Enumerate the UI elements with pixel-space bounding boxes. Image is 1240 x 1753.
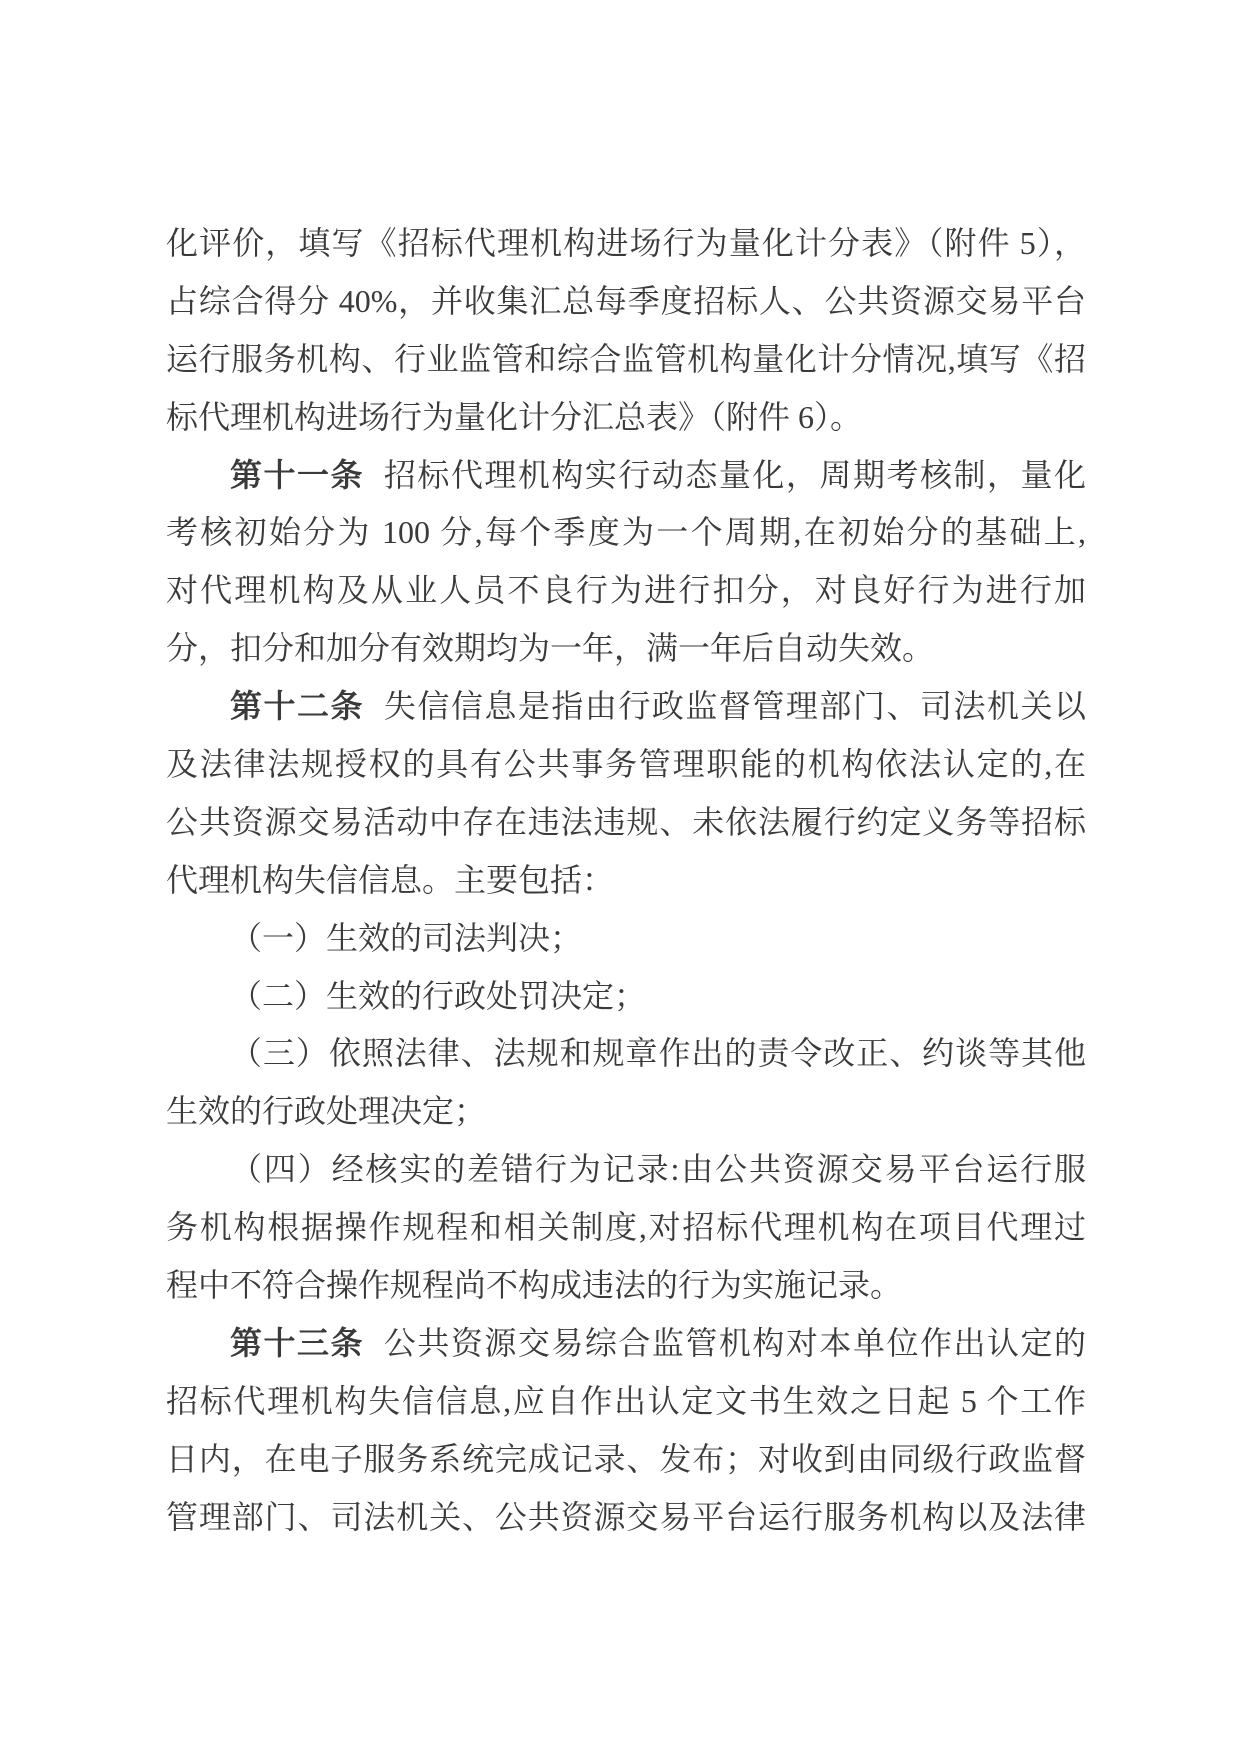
text-line: （三）依照法律、法规和规章作出的责令改正、约谈等其他 xyxy=(166,1025,1086,1083)
line-text: 管理部门、司法机关、公共资源交易平台运行服务机构以及法律 xyxy=(166,1499,1086,1535)
text-line: 标代理机构进场行为量化计分汇总表》（附件 6）。 xyxy=(166,389,1086,447)
text-line: 第十二条失信信息是指由行政监督管理部门、司法机关以 xyxy=(166,678,1086,736)
text-line: 程中不符合操作规程尚不构成违法的行为实施记录。 xyxy=(166,1257,1086,1315)
text-line: 日内，在电子服务系统完成记录、发布；对收到由同级行政监督 xyxy=(166,1431,1086,1489)
text-line: 对代理机构及从业人员不良行为进行扣分，对良好行为进行加 xyxy=(166,562,1086,620)
text-line: 化评价，填写《招标代理机构进场行为量化计分表》（附件 5）， xyxy=(166,215,1086,273)
text-line: 代理机构失信信息。主要包括： xyxy=(166,852,1086,910)
text-line: 生效的行政处理决定； xyxy=(166,1083,1086,1141)
line-text: 标代理机构进场行为量化计分汇总表》（附件 6）。 xyxy=(166,399,862,435)
line-text: 考核初始分为 100 分,每个季度为一个周期,在初始分的基础上, xyxy=(166,514,1086,550)
text-line: 第十一条招标代理机构实行动态量化，周期考核制，量化 xyxy=(166,447,1086,505)
line-text: 程中不符合操作规程尚不构成违法的行为实施记录。 xyxy=(166,1267,902,1303)
text-line: （二）生效的行政处罚决定； xyxy=(166,968,1086,1026)
line-text: （一）生效的司法判决； xyxy=(230,920,582,956)
article-number: 第十一条 xyxy=(230,457,364,493)
line-text: 运行服务机构、行业监管和综合监管机构量化计分情况,填写《招 xyxy=(166,341,1086,377)
article-number: 第十三条 xyxy=(230,1325,364,1361)
text-line: 管理部门、司法机关、公共资源交易平台运行服务机构以及法律 xyxy=(166,1489,1086,1547)
line-text: 生效的行政处理决定； xyxy=(166,1093,486,1129)
document-page: 化评价，填写《招标代理机构进场行为量化计分表》（附件 5），占综合得分 40%，… xyxy=(0,0,1240,1753)
text-line: 考核初始分为 100 分,每个季度为一个周期,在初始分的基础上, xyxy=(166,504,1086,562)
text-line: 占综合得分 40%，并收集汇总每季度招标人、公共资源交易平台 xyxy=(166,273,1086,331)
line-text: 公共资源交易综合监管机构对本单位作出认定的 xyxy=(384,1325,1086,1361)
text-line: 运行服务机构、行业监管和综合监管机构量化计分情况,填写《招 xyxy=(166,331,1086,389)
line-text: 招标代理机构失信信息,应自作出认定文书生效之日起 5 个工作 xyxy=(166,1383,1086,1419)
line-text: 招标代理机构实行动态量化，周期考核制，量化 xyxy=(384,457,1086,493)
line-text: 及法律法规授权的具有公共事务管理职能的机构依法认定的,在 xyxy=(166,746,1086,782)
text-line: 及法律法规授权的具有公共事务管理职能的机构依法认定的,在 xyxy=(166,736,1086,794)
line-text: 代理机构失信信息。主要包括： xyxy=(166,862,614,898)
line-text: 日内，在电子服务系统完成记录、发布；对收到由同级行政监督 xyxy=(166,1441,1086,1477)
text-line: 招标代理机构失信信息,应自作出认定文书生效之日起 5 个工作 xyxy=(166,1373,1086,1431)
line-text: （二）生效的行政处罚决定； xyxy=(230,978,646,1014)
text-line: 公共资源交易活动中存在违法违规、未依法履行约定义务等招标 xyxy=(166,794,1086,852)
text-line: 第十三条公共资源交易综合监管机构对本单位作出认定的 xyxy=(166,1315,1086,1373)
text-line: （四）经核实的差错行为记录:由公共资源交易平台运行服 xyxy=(166,1141,1086,1199)
line-text: 务机构根据操作规程和相关制度,对招标代理机构在项目代理过 xyxy=(166,1209,1086,1245)
line-text: 分，扣分和加分有效期均为一年，满一年后自动失效。 xyxy=(166,630,934,666)
line-text: 失信信息是指由行政监督管理部门、司法机关以 xyxy=(384,688,1086,724)
line-text: 对代理机构及从业人员不良行为进行扣分，对良好行为进行加 xyxy=(166,572,1086,608)
text-line: 务机构根据操作规程和相关制度,对招标代理机构在项目代理过 xyxy=(166,1199,1086,1257)
line-text: （四）经核实的差错行为记录:由公共资源交易平台运行服 xyxy=(230,1151,1086,1187)
text-line: 分，扣分和加分有效期均为一年，满一年后自动失效。 xyxy=(166,620,1086,678)
text-line: （一）生效的司法判决； xyxy=(166,910,1086,968)
line-text: （三）依照法律、法规和规章作出的责令改正、约谈等其他 xyxy=(230,1035,1086,1071)
article-number: 第十二条 xyxy=(230,688,364,724)
line-text: 化评价，填写《招标代理机构进场行为量化计分表》（附件 5）， xyxy=(166,225,1086,261)
line-text: 占综合得分 40%，并收集汇总每季度招标人、公共资源交易平台 xyxy=(166,283,1086,319)
document-body: 化评价，填写《招标代理机构进场行为量化计分表》（附件 5），占综合得分 40%，… xyxy=(166,215,1086,1546)
line-text: 公共资源交易活动中存在违法违规、未依法履行约定义务等招标 xyxy=(166,804,1086,840)
